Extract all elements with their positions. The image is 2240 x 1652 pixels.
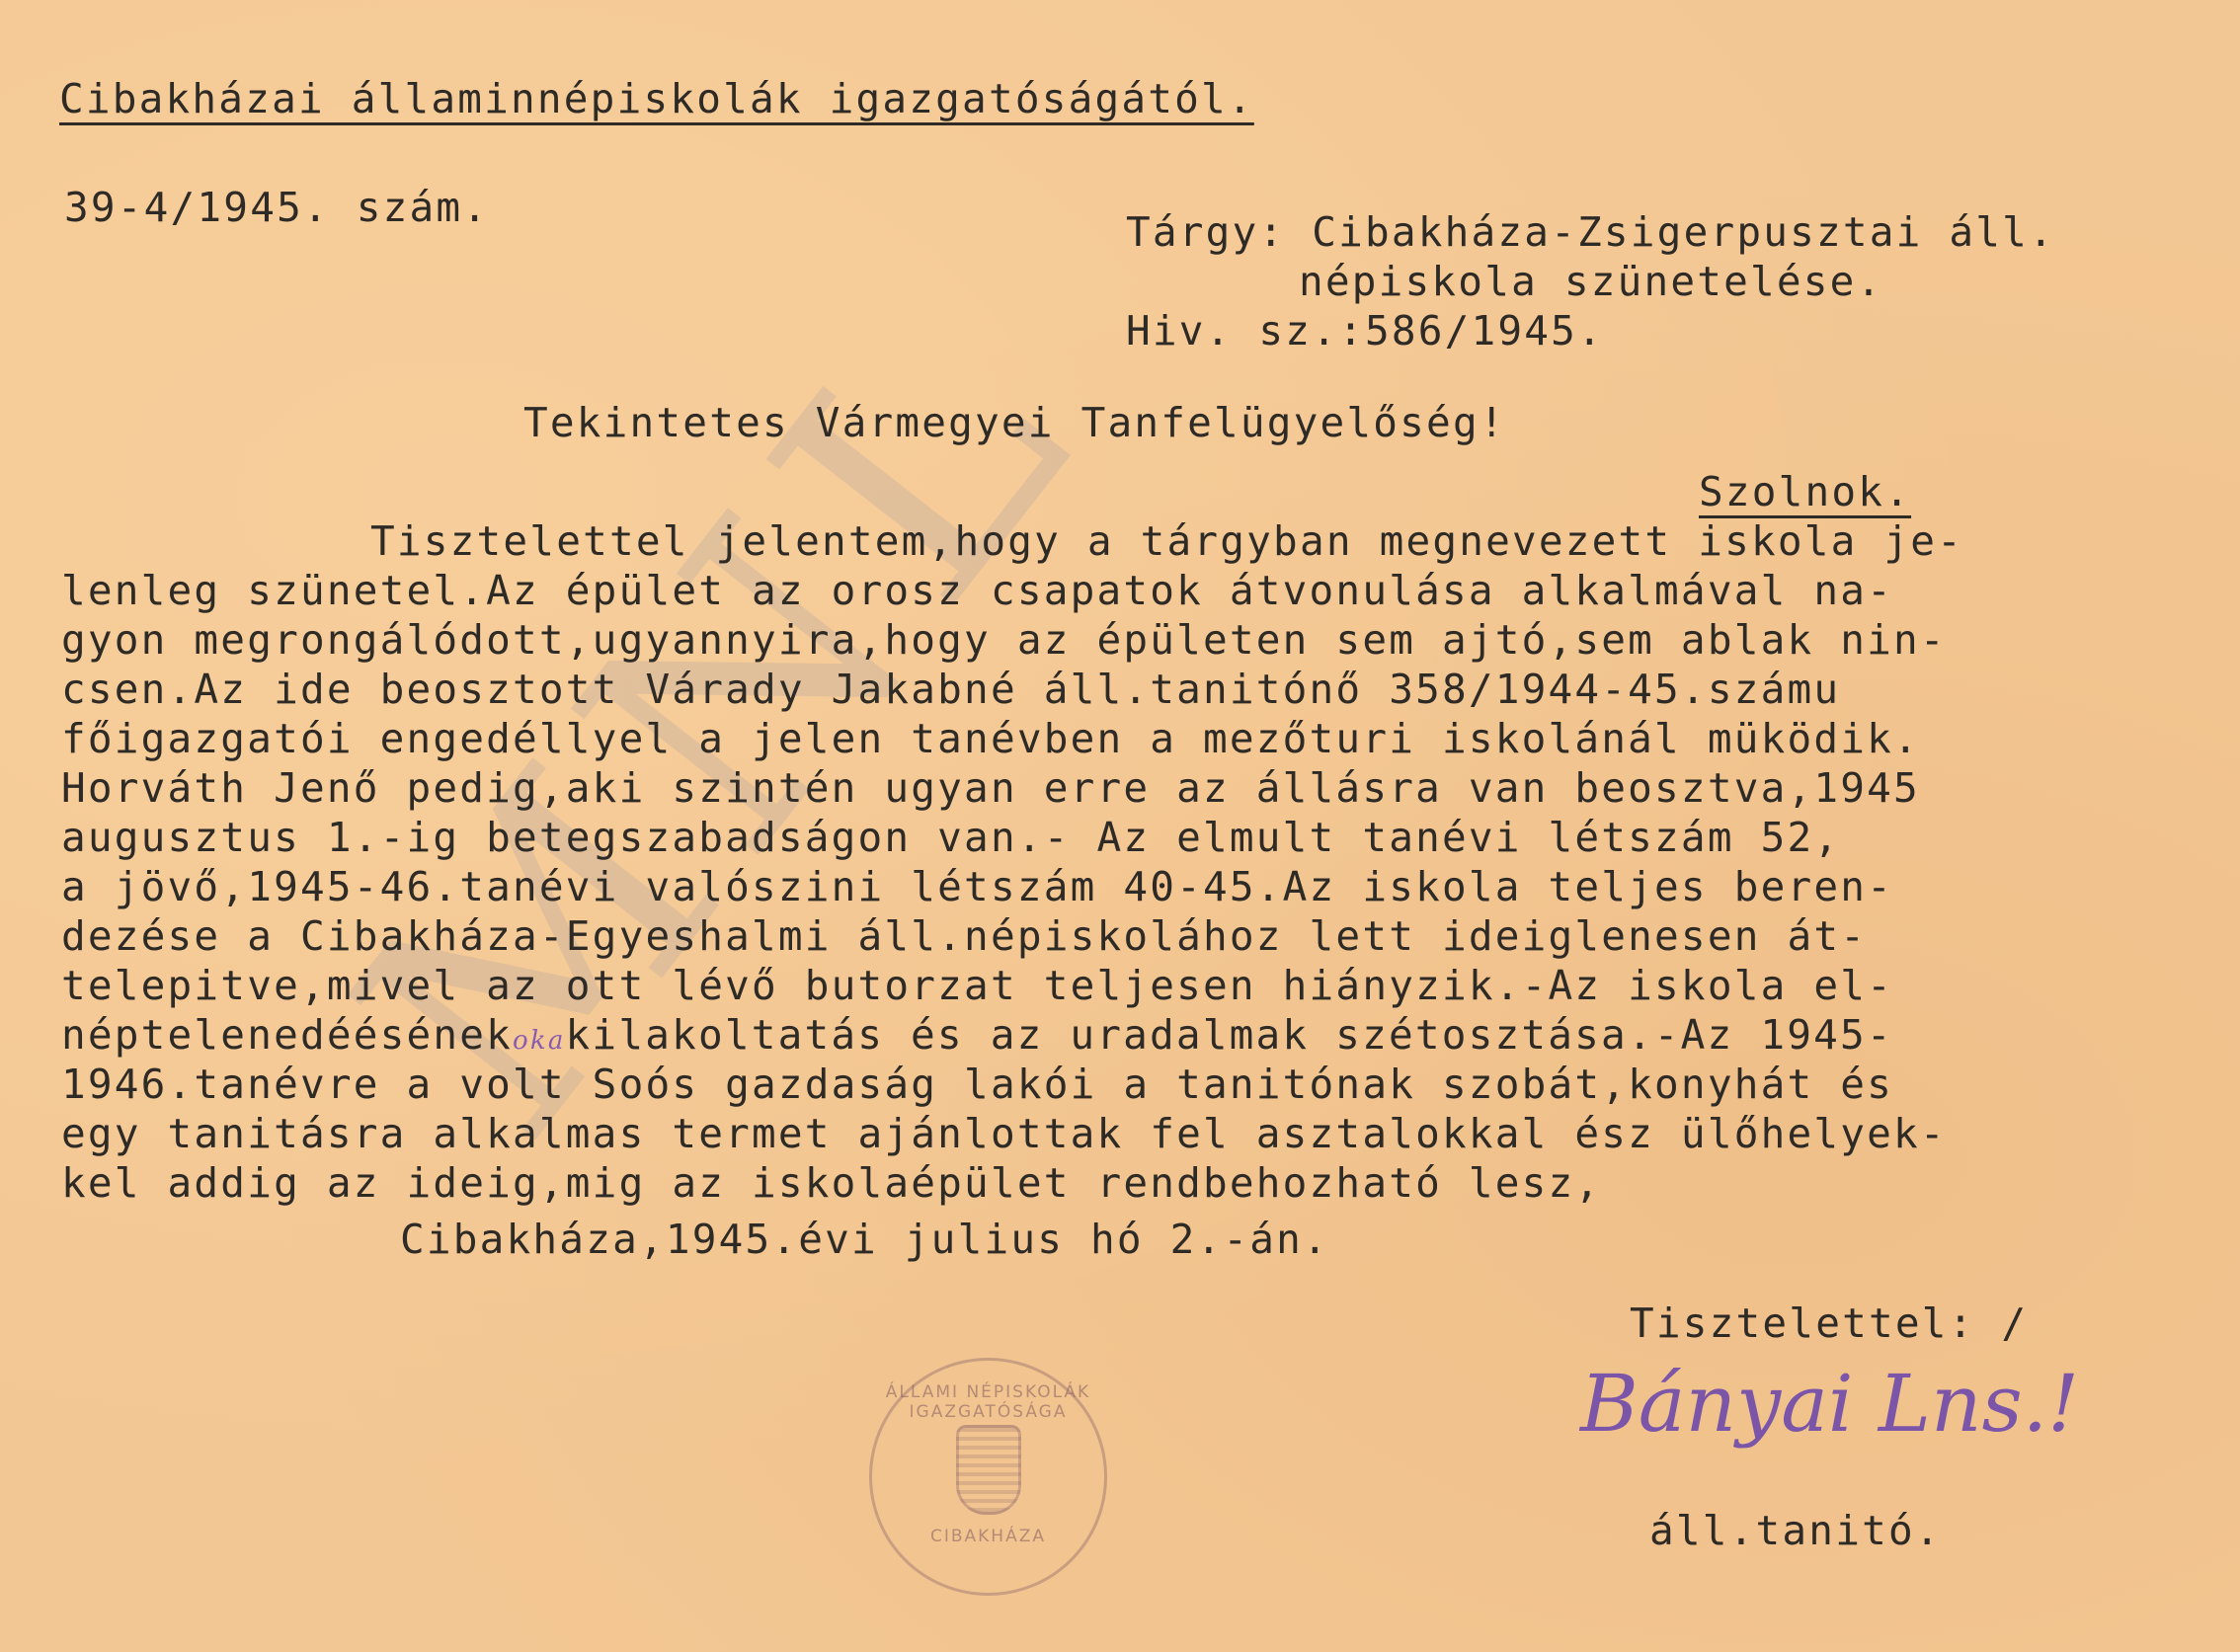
subject-line-1: Tárgy: Cibakháza-Zsigerpusztai áll.	[1126, 212, 2055, 253]
body-line: néptelenedéésénekokakilakoltatás és az u…	[61, 1015, 1893, 1056]
body-line: a jövő,1945-46.tanévi valószini létszám …	[61, 867, 1893, 907]
stamp-bottom-text: CIBAKHÁZA	[872, 1527, 1104, 1546]
handwritten-correction: oka	[513, 1026, 566, 1056]
body-line: telepitve,mivel az ott lévő butorzat tel…	[61, 966, 1893, 1006]
coat-of-arms-icon	[956, 1425, 1021, 1515]
body-text: kilakoltatás és az uradalmak szétosztása…	[566, 1011, 1893, 1059]
body-line: augusztus 1.-ig betegszabadságon van.- A…	[61, 818, 1840, 858]
closing: Tisztelettel: /	[1630, 1303, 2028, 1344]
signature: Bányai Lns.!	[1580, 1358, 2079, 1450]
stamp-top-text: ÁLLAMI NÉPISKOLÁK IGAZGATÓSÁGA	[872, 1382, 1104, 1422]
body-line: egy tanitásra alkalmas termet ajánlottak…	[61, 1114, 1947, 1154]
reference-number: 39-4/1945. szám.	[64, 188, 489, 228]
subject-line-2: népiskola szünetelése.	[1299, 262, 1882, 302]
body-line: 1946.tanévre a volt Soós gazdaság lakói …	[61, 1064, 1893, 1105]
signer-title: áll.tanitó.	[1649, 1511, 1942, 1551]
body-text: néptelenedéésének	[61, 1011, 513, 1059]
body-line: gyon megrongálódott,ugyannyira,hogy az é…	[61, 620, 1947, 661]
body-line: Horváth Jenő pedig,aki szintén ugyan err…	[61, 768, 1920, 809]
body-line: csen.Az ide beosztott Várady Jakabné áll…	[61, 669, 1840, 710]
body-line: kel addig az ideig,mig az iskolaépület r…	[61, 1163, 1601, 1204]
body-line: lenleg szünetel.Az épület az orosz csapa…	[61, 571, 1893, 611]
body-line: főigazgatói engedéllyel a jelen tanévben…	[61, 719, 1920, 759]
letterhead: Cibakházai államinnépiskolák igazgatóság…	[59, 79, 1254, 119]
body-line: dezése a Cibakháza-Egyeshalmi áll.népisk…	[61, 916, 1867, 957]
city: Szolnok.	[1699, 472, 1911, 512]
official-stamp: ÁLLAMI NÉPISKOLÁK IGAZGATÓSÁGA CIBAKHÁZA	[869, 1358, 1107, 1596]
subject-line-3: Hiv. sz.:586/1945.	[1126, 311, 1604, 352]
date-line: Cibakháza,1945.évi julius hó 2.-án.	[400, 1219, 1329, 1260]
body-line: Tisztelettel jelentem,hogy a tárgyban me…	[370, 521, 1963, 562]
addressee: Tekintetes Vármegyei Tanfelügyelőség!	[523, 403, 1506, 443]
